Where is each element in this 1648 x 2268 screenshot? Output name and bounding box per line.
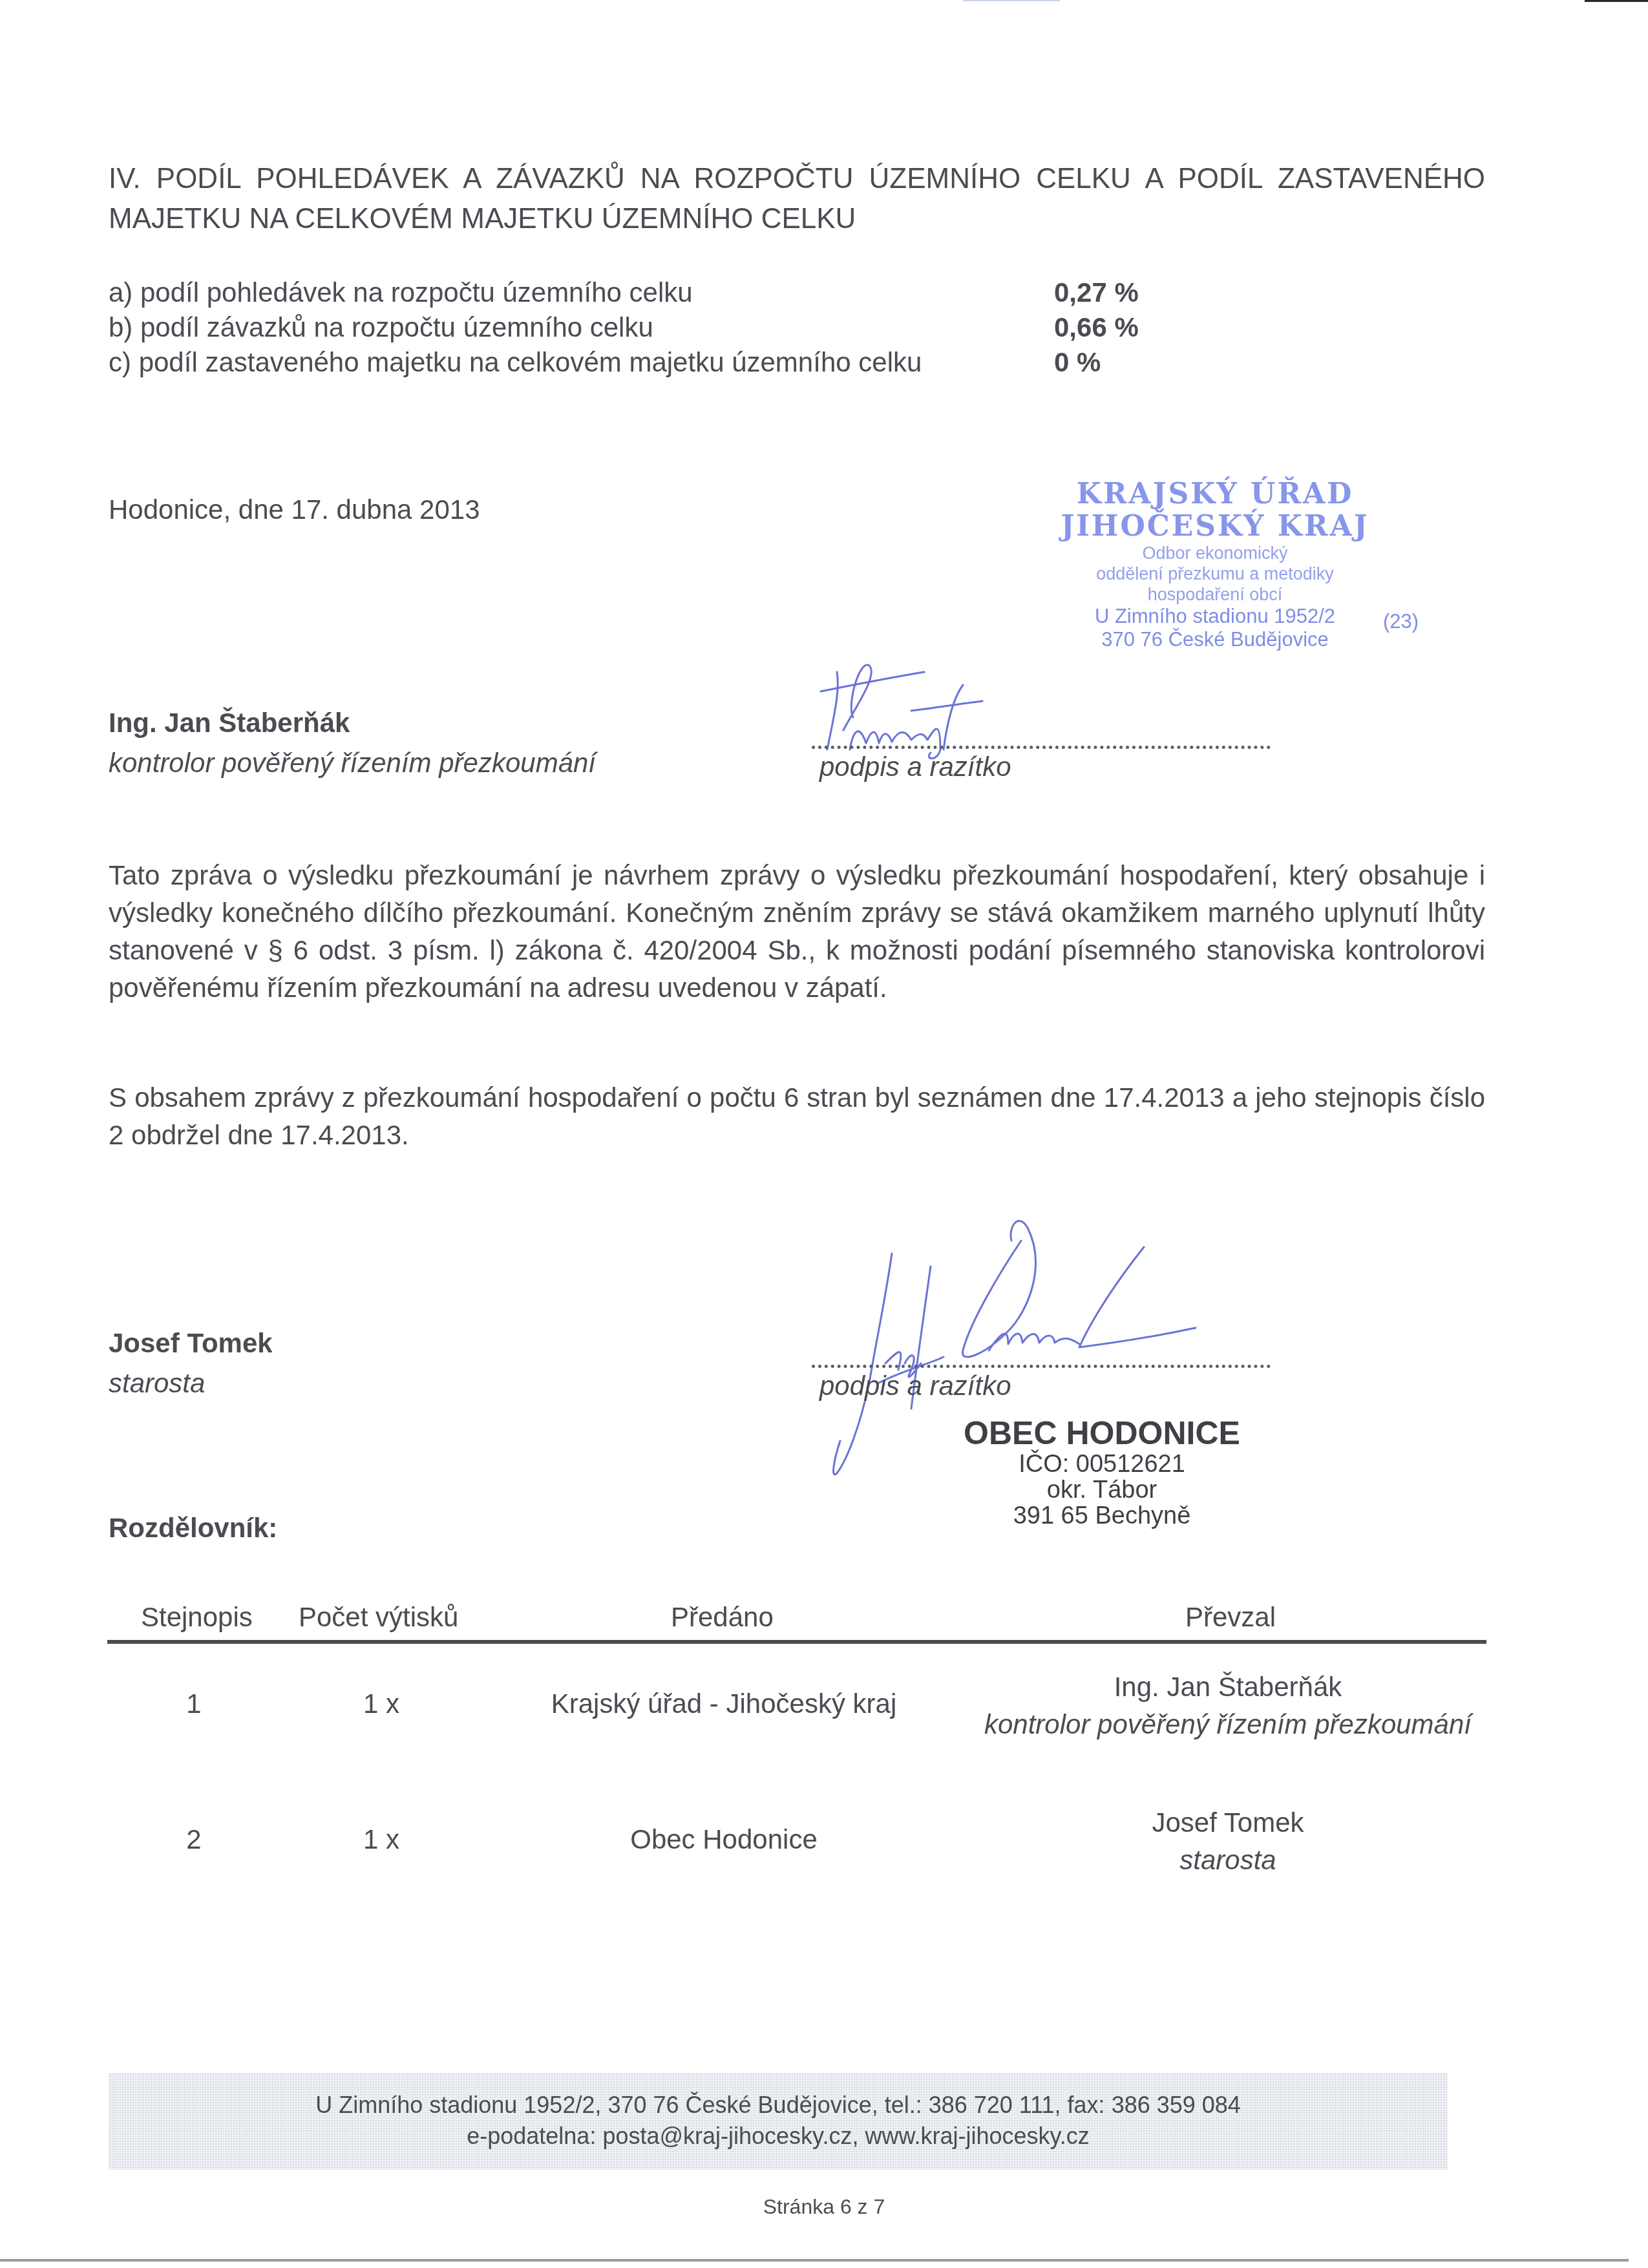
column-header-copy: Stejnopis	[141, 1599, 253, 1636]
stamp-line: Odbor ekonomický	[1034, 543, 1396, 563]
page-number: Stránka 6 z 7	[0, 2194, 1648, 2220]
municipal-stamp: OBEC HODONICE IČO: 00512621 okr. Tábor 3…	[956, 1415, 1247, 1529]
cell-received-by-name: Josef Tomek	[969, 1804, 1486, 1842]
share-value: 0 %	[1054, 344, 1101, 381]
footer-contact: e-podatelna: posta@kraj-jihocesky.cz, ww…	[109, 2121, 1448, 2152]
stamp-line: JIHOČESKÝ KRAJ	[1034, 510, 1396, 543]
cell-handed-to: Krajský úřad - Jihočeský kraj	[517, 1685, 931, 1723]
stamp-line: U Zimního stadionu 1952/2	[1034, 605, 1396, 628]
stamp-line: hospodaření obcí	[1034, 584, 1396, 605]
signature-caption: podpis a razítko	[819, 748, 1011, 786]
cell-count: 1 x	[336, 1821, 427, 1858]
share-label: c) podíl zastaveného majetku na celkovém…	[109, 344, 922, 381]
cell-received-by-name: Ing. Jan Štaberňák	[969, 1668, 1486, 1706]
scan-artifact	[1585, 0, 1648, 2]
scan-artifact	[0, 2259, 1629, 2262]
stamp-line: 370 76 České Budějovice	[1034, 628, 1396, 651]
page-footer: U Zimního stadionu 1952/2, 370 76 České …	[109, 2073, 1448, 2170]
acknowledgement-paragraph: S obsahem zprávy z přezkoumání hospodaře…	[109, 1079, 1485, 1154]
regional-office-stamp: KRAJSKÝ ÚŘAD JIHOČESKÝ KRAJ Odbor ekonom…	[1034, 478, 1396, 651]
stamp-address: 391 65 Bechyně	[956, 1503, 1247, 1529]
stamp-line: oddělení přezkumu a metodiky	[1034, 563, 1396, 584]
stamp-ico: IČO: 00512621	[956, 1451, 1247, 1477]
controller-name: Ing. Jan Štaberňák	[109, 704, 350, 742]
column-header-received-by: Převzal	[1185, 1599, 1276, 1636]
mayor-name: Josef Tomek	[109, 1325, 273, 1362]
cell-copy: 2	[162, 1821, 226, 1858]
share-value: 0,66 %	[1054, 309, 1139, 346]
share-label: a) podíl pohledávek na rozpočtu územního…	[109, 274, 693, 311]
scan-artifact	[963, 0, 1060, 1]
cell-copy: 1	[162, 1685, 226, 1723]
share-row-liabilities: b) podíl závazků na rozpočtu územního ce…	[109, 309, 1272, 346]
signature-caption: podpis a razítko	[819, 1367, 1011, 1405]
stamp-district: okr. Tábor	[956, 1477, 1247, 1503]
cell-count: 1 x	[336, 1685, 427, 1723]
column-header-count: Počet výtisků	[299, 1599, 458, 1636]
footer-address: U Zimního stadionu 1952/2, 370 76 České …	[109, 2090, 1448, 2121]
distribution-title: Rozdělovník:	[109, 1509, 277, 1547]
report-note-paragraph: Tato zpráva o výsledku přezkoumání je ná…	[109, 857, 1485, 1007]
share-label: b) podíl závazků na rozpočtu územního ce…	[109, 309, 653, 346]
place-date: Hodonice, dne 17. dubna 2013	[109, 491, 480, 529]
mayor-role: starosta	[109, 1365, 205, 1402]
stamp-line: KRAJSKÝ ÚŘAD	[1034, 478, 1396, 510]
share-row-receivables: a) podíl pohledávek na rozpočtu územního…	[109, 274, 1272, 311]
cell-handed-to: Obec Hodonice	[517, 1821, 931, 1858]
share-value: 0,27 %	[1054, 274, 1139, 311]
cell-received-by-role: kontrolor pověřený řízením přezkoumání	[969, 1706, 1486, 1743]
share-row-pledged-assets: c) podíl zastaveného majetku na celkovém…	[109, 344, 1272, 381]
section-heading: IV. PODÍL POHLEDÁVEK A ZÁVAZKŮ NA ROZPOČ…	[109, 159, 1485, 239]
cell-received-by-role: starosta	[969, 1842, 1486, 1879]
stamp-title: OBEC HODONICE	[956, 1415, 1247, 1451]
column-header-handed-to: Předáno	[671, 1599, 774, 1636]
stamp-number: (23)	[1383, 610, 1419, 633]
table-header-rule	[107, 1640, 1486, 1644]
controller-role: kontrolor pověřený řízením přezkoumání	[109, 744, 596, 782]
